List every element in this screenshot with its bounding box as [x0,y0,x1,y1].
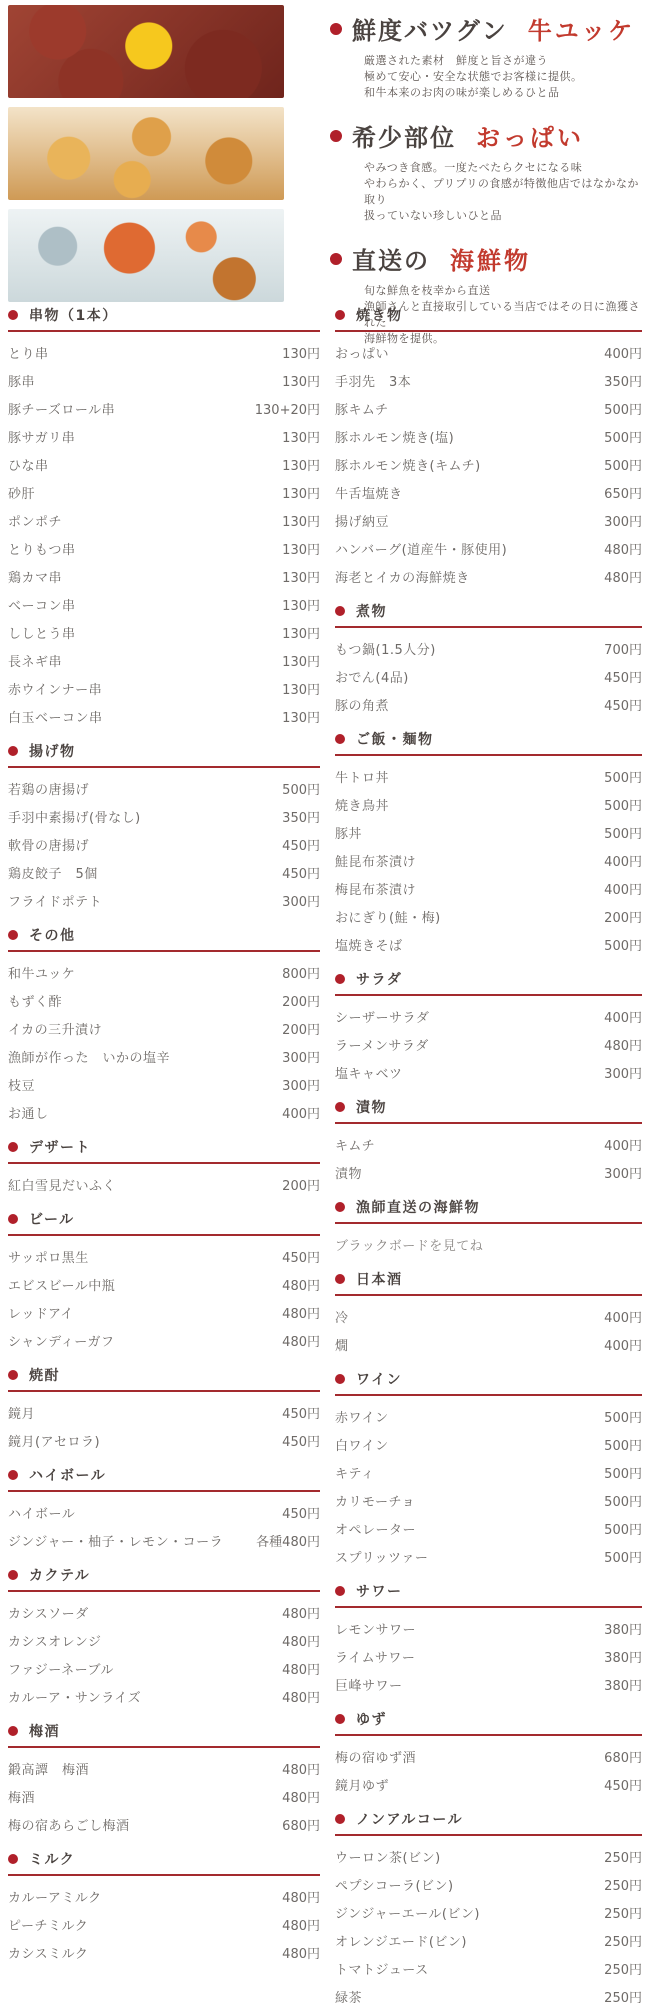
red-ring-icon [8,1726,18,1736]
item-price: 300円 [282,1047,320,1066]
item-name: 鏡月(アセロラ) [8,1431,100,1450]
item-price: 130円 [282,567,320,586]
menu-columns: 串物（1本）とり串130円豚串130円豚チーズロール串130+20円豚サガリ串1… [0,302,650,2010]
item-name: 牛トロ丼 [335,767,389,786]
section-header: 串物（1本） [8,304,320,326]
section-header: 焼酎 [8,1364,320,1386]
menu-item-row: 燗400円 [335,1330,642,1358]
item-price: 500円 [604,399,642,418]
item-price: 300円 [604,1063,642,1082]
top-area: 鮮度バツグン 牛ユッケ 厳選された素材 鮮度と旨さが違う 極めて安心・安全な状態… [0,0,650,302]
section-title: ハイボール [29,1465,106,1485]
menu-item-row: 鏡月(アセロラ)450円 [8,1426,320,1454]
item-name: トマトジュース [335,1959,429,1978]
menu-item-row: キティ500円 [335,1458,642,1486]
section-divider [8,1490,320,1492]
item-name: オレンジエード(ビン) [335,1931,467,1950]
item-name: 豚の角煮 [335,695,389,714]
item-name: 鍛高譚 梅酒 [8,1759,89,1778]
section-title: カクテル [29,1565,90,1585]
section-title: ゆず [356,1709,387,1729]
item-price: 250円 [604,1847,642,1866]
section-title: 漬物 [356,1097,387,1117]
item-name: 紅白雪見だいふく [8,1175,116,1194]
section-header: 漁師直送の海鮮物 [335,1196,642,1218]
menu-item-row: 冷400円 [335,1302,642,1330]
menu-item-row: 漁師が作った いかの塩辛300円 [8,1042,320,1070]
menu-item-row: 鏡月ゆず450円 [335,1770,642,1798]
menu-item-row: ジンジャー・柚子・レモン・コーラ各種480円 [8,1526,320,1554]
item-price: 200円 [282,1019,320,1038]
item-price: 480円 [282,1659,320,1678]
item-price: 380円 [604,1619,642,1638]
item-name: カシスミルク [8,1943,88,1962]
item-name: 巨峰サワー [335,1675,403,1694]
menu-item-row: ファジーネーブル480円 [8,1654,320,1682]
menu-item-row: エビスビール中瓶480円 [8,1270,320,1298]
menu-item-row: ひな串130円 [8,450,320,478]
menu-item-row: ウーロン茶(ビン)250円 [335,1842,642,1870]
item-name: 鏡月 [8,1403,35,1422]
menu-section: ゆず梅の宿ゆず酒680円鏡月ゆず450円 [335,1708,642,1798]
menu-item-row: 鏡月450円 [8,1398,320,1426]
menu-item-row: レッドアイ480円 [8,1298,320,1326]
item-price: 各種480円 [256,1531,320,1550]
menu-section: 焼き物おっぱい400円手羽先 3本350円豚キムチ500円豚ホルモン焼き(塩)5… [335,304,642,590]
section-header: カクテル [8,1564,320,1586]
item-name: カシスソーダ [8,1603,89,1622]
item-price: 450円 [282,1247,320,1266]
item-price: 130円 [282,455,320,474]
item-name: 長ネギ串 [8,651,62,670]
seafood-crab-photo [8,209,284,302]
item-name: 漬物 [335,1163,362,1182]
menu-item-row: 赤ウインナー串130円 [8,674,320,702]
section-divider [335,1734,642,1736]
item-price: 800円 [282,963,320,982]
item-price: 500円 [604,823,642,842]
item-price: 350円 [282,807,320,826]
section-title: サワー [356,1581,403,1601]
item-price: 500円 [604,1463,642,1482]
section-header: ノンアルコール [335,1808,642,1830]
item-name: 揚げ納豆 [335,511,389,530]
section-divider [335,1606,642,1608]
item-price: 200円 [604,907,642,926]
item-name: オペレーター [335,1519,416,1538]
red-ring-icon [8,1370,18,1380]
section-divider [8,950,320,952]
item-name: ペプシコーラ(ビン) [335,1875,454,1894]
menu-section: カクテルカシスソーダ480円カシスオレンジ480円ファジーネーブル480円カルー… [8,1564,320,1710]
item-price: 480円 [604,567,642,586]
item-price: 480円 [282,1943,320,1962]
item-name: 梅の宿ゆず酒 [335,1747,416,1766]
menu-item-row: フライドポテト300円 [8,886,320,914]
item-price: 130円 [282,539,320,558]
item-price: 480円 [282,1275,320,1294]
item-price: 650円 [604,483,642,502]
red-ring-icon [335,1102,345,1112]
menu-item-row: カルーア・サンライズ480円 [8,1682,320,1710]
red-ring-icon [8,1570,18,1580]
red-ring-icon [335,1714,345,1724]
red-ring-icon [8,1142,18,1152]
beef-yukhoe-photo [8,5,284,98]
item-price: 480円 [604,1035,642,1054]
promo-title-red: 牛ユッケ [528,11,636,46]
item-price: 380円 [604,1647,642,1666]
menu-item-row: ジンジャーエール(ビン)250円 [335,1898,642,1926]
item-name: 鏡月ゆず [335,1775,389,1794]
promo-title-red: おっぱい [476,118,584,153]
menu-section: 日本酒冷400円燗400円 [335,1268,642,1358]
menu-item-row: ペプシコーラ(ビン)250円 [335,1870,642,1898]
menu-item-row: カシスオレンジ480円 [8,1626,320,1654]
menu-item-row: 梅昆布茶漬け400円 [335,874,642,902]
item-price: 680円 [604,1747,642,1766]
menu-item-row: 塩焼きそば500円 [335,930,642,958]
item-name: 和牛ユッケ [8,963,75,982]
item-name: 豚串 [8,371,35,390]
item-name: 砂肝 [8,483,35,502]
menu-section: ミルクカルーアミルク480円ピーチミルク480円カシスミルク480円 [8,1848,320,1966]
item-name: カリモーチョ [335,1491,415,1510]
red-ring-icon [335,1814,345,1824]
item-name: 豚キムチ [335,399,389,418]
section-divider [335,1222,642,1224]
menu-item-row: イカの三升漬け200円 [8,1014,320,1042]
section-title: 煮物 [356,601,387,621]
section-header: ワイン [335,1368,642,1390]
item-price: 480円 [282,1603,320,1622]
item-price: 500円 [604,427,642,446]
section-divider [335,1122,642,1124]
item-name: とり串 [8,343,49,362]
item-name: 燗 [335,1335,349,1354]
item-price: 400円 [604,851,642,870]
item-price: 500円 [604,795,642,814]
promo-line: 極めて安心・安全な状態でお客様に提供。 [364,69,642,85]
item-price: 400円 [282,1103,320,1122]
red-ring-icon [335,1586,345,1596]
menu-item-row: ハイボール450円 [8,1498,320,1526]
fried-skewers-photo [8,107,284,200]
item-price: 250円 [604,1931,642,1950]
menu-item-row: ししとう串130円 [8,618,320,646]
item-name: 塩焼きそば [335,935,403,954]
promo-title-dark: 希少部位 [352,118,456,153]
item-name: 手羽先 3本 [335,371,411,390]
menu-section: ご飯・麺物牛トロ丼500円焼き鳥丼500円豚丼500円鮭昆布茶漬け400円梅昆布… [335,728,642,958]
item-name: 軟骨の唐揚げ [8,835,89,854]
item-name: 梅昆布茶漬け [335,879,416,898]
item-price: 130円 [282,511,320,530]
menu-item-row: オペレーター500円 [335,1514,642,1542]
item-price: 300円 [282,1075,320,1094]
menu-item-row: 長ネギ串130円 [8,646,320,674]
item-price: 450円 [604,1775,642,1794]
item-name: ベーコン串 [8,595,76,614]
item-price: 130円 [282,623,320,642]
item-name: 豚ホルモン焼き(塩) [335,427,454,446]
menu-item-row: 梅の宿ゆず酒680円 [335,1742,642,1770]
item-price: 130円 [282,595,320,614]
item-name: 緑茶 [335,1987,362,2006]
item-price: 500円 [604,767,642,786]
menu-item-row: 砂肝130円 [8,478,320,506]
item-name: 梅酒 [8,1787,35,1806]
red-ring-icon [8,746,18,756]
item-name: レモンサワー [335,1619,416,1638]
menu-item-row: お通し400円 [8,1098,320,1126]
item-price: 250円 [604,1875,642,1894]
item-name: お通し [8,1103,49,1122]
item-name: エビスビール中瓶 [8,1275,115,1294]
menu-item-row: 豚の角煮450円 [335,690,642,718]
item-price: 400円 [604,1335,642,1354]
item-price: 130円 [282,427,320,446]
menu-item-row: 塩キャベツ300円 [335,1058,642,1086]
menu-section: 漬物キムチ400円漬物300円 [335,1096,642,1186]
item-price: 130円 [282,371,320,390]
menu-item-row: 焼き鳥丼500円 [335,790,642,818]
section-header: ハイボール [8,1464,320,1486]
menu-item-row: とりもつ串130円 [8,534,320,562]
menu-item-row: 豚ホルモン焼き(塩)500円 [335,422,642,450]
item-price: 130+20円 [255,399,320,418]
menu-item-row: もつ鍋(1.5人分)700円 [335,634,642,662]
item-name: シーザーサラダ [335,1007,429,1026]
menu-item-row: 豚串130円 [8,366,320,394]
menu-item-row: 漬物300円 [335,1158,642,1186]
menu-item-row: 紅白雪見だいふく200円 [8,1170,320,1198]
item-price: 400円 [604,343,642,362]
section-header: ご飯・麺物 [335,728,642,750]
section-header: 梅酒 [8,1720,320,1742]
section-divider [8,330,320,332]
item-price: 500円 [604,1519,642,1538]
item-price: 680円 [282,1815,320,1834]
item-price: 500円 [604,1435,642,1454]
item-price: 500円 [604,1407,642,1426]
menu-item-row: 手羽中素揚げ(骨なし)350円 [8,802,320,830]
item-name: レッドアイ [8,1303,74,1322]
item-price: 500円 [604,935,642,954]
item-name: 牛舌塩焼き [335,483,403,502]
menu-section: その他和牛ユッケ800円もずく酢200円イカの三升漬け200円漁師が作った いか… [8,924,320,1126]
item-price: 700円 [604,639,642,658]
section-note: ブラックボードを見てね [335,1230,642,1258]
item-price: 400円 [604,1307,642,1326]
section-header: 煮物 [335,600,642,622]
promo-title: 直送の 海鮮物 [330,241,642,276]
item-price: 300円 [282,891,320,910]
promo-title-dark: 鮮度バツグン [352,11,508,46]
menu-item-row: ポンポチ130円 [8,506,320,534]
photo-strip [8,5,284,302]
menu-item-row: ベーコン串130円 [8,590,320,618]
menu-item-row: 赤ワイン500円 [335,1402,642,1430]
item-name: おっぱい [335,343,389,362]
item-price: 300円 [604,511,642,530]
menu-section: ノンアルコールウーロン茶(ビン)250円ペプシコーラ(ビン)250円ジンジャーエ… [335,1808,642,2010]
item-name: おでん(4品) [335,667,409,686]
item-price: 130円 [282,707,320,726]
menu-item-row: おっぱい400円 [335,338,642,366]
item-price: 480円 [282,1887,320,1906]
item-name: 梅の宿あらごし梅酒 [8,1815,130,1834]
menu-column-left: 串物（1本）とり串130円豚串130円豚チーズロール串130+20円豚サガリ串1… [8,302,320,2010]
menu-item-row: 豚キムチ500円 [335,394,642,422]
menu-item-row: 鍛高譚 梅酒480円 [8,1754,320,1782]
item-name: 若鶏の唐揚げ [8,779,89,798]
menu-item-row: カシスミルク480円 [8,1938,320,1966]
menu-item-row: 豚サガリ串130円 [8,422,320,450]
section-title: その他 [29,925,76,945]
item-price: 130円 [282,679,320,698]
item-name: 海老とイカの海鮮焼き [335,567,470,586]
section-divider [8,1874,320,1876]
menu-item-row: 白ワイン500円 [335,1430,642,1458]
item-name: ハイボール [8,1503,75,1522]
promo-title-red: 海鮮物 [450,241,531,276]
promo-title-dark: 直送の [352,241,430,276]
menu-item-row: 手羽先 3本350円 [335,366,642,394]
menu-section: サワーレモンサワー380円ライムサワー380円巨峰サワー380円 [335,1580,642,1698]
menu-section: 焼酎鏡月450円鏡月(アセロラ)450円 [8,1364,320,1454]
item-name: 枝豆 [8,1075,35,1094]
menu-item-row: カシスソーダ480円 [8,1598,320,1626]
item-price: 450円 [282,1503,320,1522]
menu-item-row: 豚ホルモン焼き(キムチ)500円 [335,450,642,478]
item-price: 250円 [604,1987,642,2006]
section-divider [8,1390,320,1392]
section-title: 焼き物 [356,305,403,325]
section-divider [335,1294,642,1296]
section-header: その他 [8,924,320,946]
menu-section: サラダシーザーサラダ400円ラーメンサラダ480円塩キャベツ300円 [335,968,642,1086]
section-header: ビール [8,1208,320,1230]
item-price: 200円 [282,991,320,1010]
promo-oppai: 希少部位 おっぱい やみつき食感。一度たべたらクセになる味 やわらかく、プリプリ… [330,118,642,224]
item-price: 350円 [604,371,642,390]
item-name: イカの三升漬け [8,1019,102,1038]
menu-item-row: シーザーサラダ400円 [335,1002,642,1030]
menu-item-row: サッポロ黒生450円 [8,1242,320,1270]
item-price: 480円 [282,1631,320,1650]
promo-description: 厳選された素材 鮮度と旨さが違う 極めて安心・安全な状態でお客様に提供。 和牛本… [364,53,642,101]
menu-item-row: 白玉ベーコン串130円 [8,702,320,730]
item-name: ラーメンサラダ [335,1035,429,1054]
item-price: 450円 [604,695,642,714]
red-ring-icon [8,310,18,320]
item-price: 450円 [282,835,320,854]
promo-line: 扱っていない珍しいひと品 [364,208,642,224]
promo-line: やわらかく、プリプリの食感が特徴他店ではなかなか取り [364,176,642,208]
menu-section: ワイン赤ワイン500円白ワイン500円キティ500円カリモーチョ500円オペレー… [335,1368,642,1570]
menu-item-row: 若鶏の唐揚げ500円 [8,774,320,802]
section-title: 焼酎 [29,1365,60,1385]
menu-item-row: 豚チーズロール串130+20円 [8,394,320,422]
section-header: 日本酒 [335,1268,642,1290]
item-price: 500円 [604,1547,642,1566]
menu-item-row: 鶏皮餃子 5個450円 [8,858,320,886]
section-title: 漁師直送の海鮮物 [356,1197,480,1217]
promo-line: 厳選された素材 鮮度と旨さが違う [364,53,642,69]
section-header: 漬物 [335,1096,642,1118]
item-price: 480円 [282,1759,320,1778]
item-name: 鶏カマ串 [8,567,62,586]
red-ring-icon [335,310,345,320]
section-header: サラダ [335,968,642,990]
menu-item-row: 緑茶250円 [335,1982,642,2010]
section-title: 日本酒 [356,1269,403,1289]
item-name: カルーアミルク [8,1887,102,1906]
section-header: 焼き物 [335,304,642,326]
section-header: サワー [335,1580,642,1602]
item-name: 焼き鳥丼 [335,795,389,814]
section-divider [335,994,642,996]
item-name: ポンポチ [8,511,62,530]
menu-item-row: 鶏カマ串130円 [8,562,320,590]
item-name: カシスオレンジ [8,1631,101,1650]
section-divider [335,330,642,332]
item-name: カルーア・サンライズ [8,1687,141,1706]
red-ring-icon [8,930,18,940]
item-price: 450円 [282,1403,320,1422]
item-name: ひな串 [8,455,49,474]
menu-section: ハイボールハイボール450円ジンジャー・柚子・レモン・コーラ各種480円 [8,1464,320,1554]
promo-line: 和牛本来のお肉の味が楽しめるひと品 [364,85,642,101]
promo-description: やみつき食感。一度たべたらクセになる味 やわらかく、プリプリの食感が特徴他店では… [364,160,642,224]
item-name: ハンバーグ(道産牛・豚使用) [335,539,507,558]
item-name: 赤ワイン [335,1407,389,1426]
red-ring-icon [330,23,342,35]
item-price: 500円 [282,779,320,798]
item-price: 480円 [282,1331,320,1350]
promo-gyu-yukke: 鮮度バツグン 牛ユッケ 厳選された素材 鮮度と旨さが違う 極めて安心・安全な状態… [330,11,642,101]
menu-section: デザート紅白雪見だいふく200円 [8,1136,320,1198]
red-ring-icon [335,1374,345,1384]
section-divider [8,1746,320,1748]
red-ring-icon [335,974,345,984]
item-price: 200円 [282,1175,320,1194]
menu-item-row: 牛トロ丼500円 [335,762,642,790]
item-price: 130円 [282,343,320,362]
item-price: 480円 [282,1915,320,1934]
item-price: 400円 [604,879,642,898]
menu-item-row: キムチ400円 [335,1130,642,1158]
section-header: 揚げ物 [8,740,320,762]
red-ring-icon [8,1470,18,1480]
menu-item-row: カルーアミルク480円 [8,1882,320,1910]
menu-column-right: 焼き物おっぱい400円手羽先 3本350円豚キムチ500円豚ホルモン焼き(塩)5… [335,302,642,2010]
item-name: ファジーネーブル [8,1659,114,1678]
section-title: 揚げ物 [29,741,76,761]
section-title: ワイン [356,1369,402,1389]
red-ring-icon [8,1214,18,1224]
item-name: シャンディーガフ [8,1331,114,1350]
item-name: 豚丼 [335,823,362,842]
section-title: 梅酒 [29,1721,60,1741]
item-name: ししとう串 [8,623,76,642]
item-name: サッポロ黒生 [8,1247,89,1266]
item-price: 500円 [604,455,642,474]
menu-item-row: ライムサワー380円 [335,1642,642,1670]
item-name: 鮭昆布茶漬け [335,851,416,870]
item-name: 手羽中素揚げ(骨なし) [8,807,141,826]
